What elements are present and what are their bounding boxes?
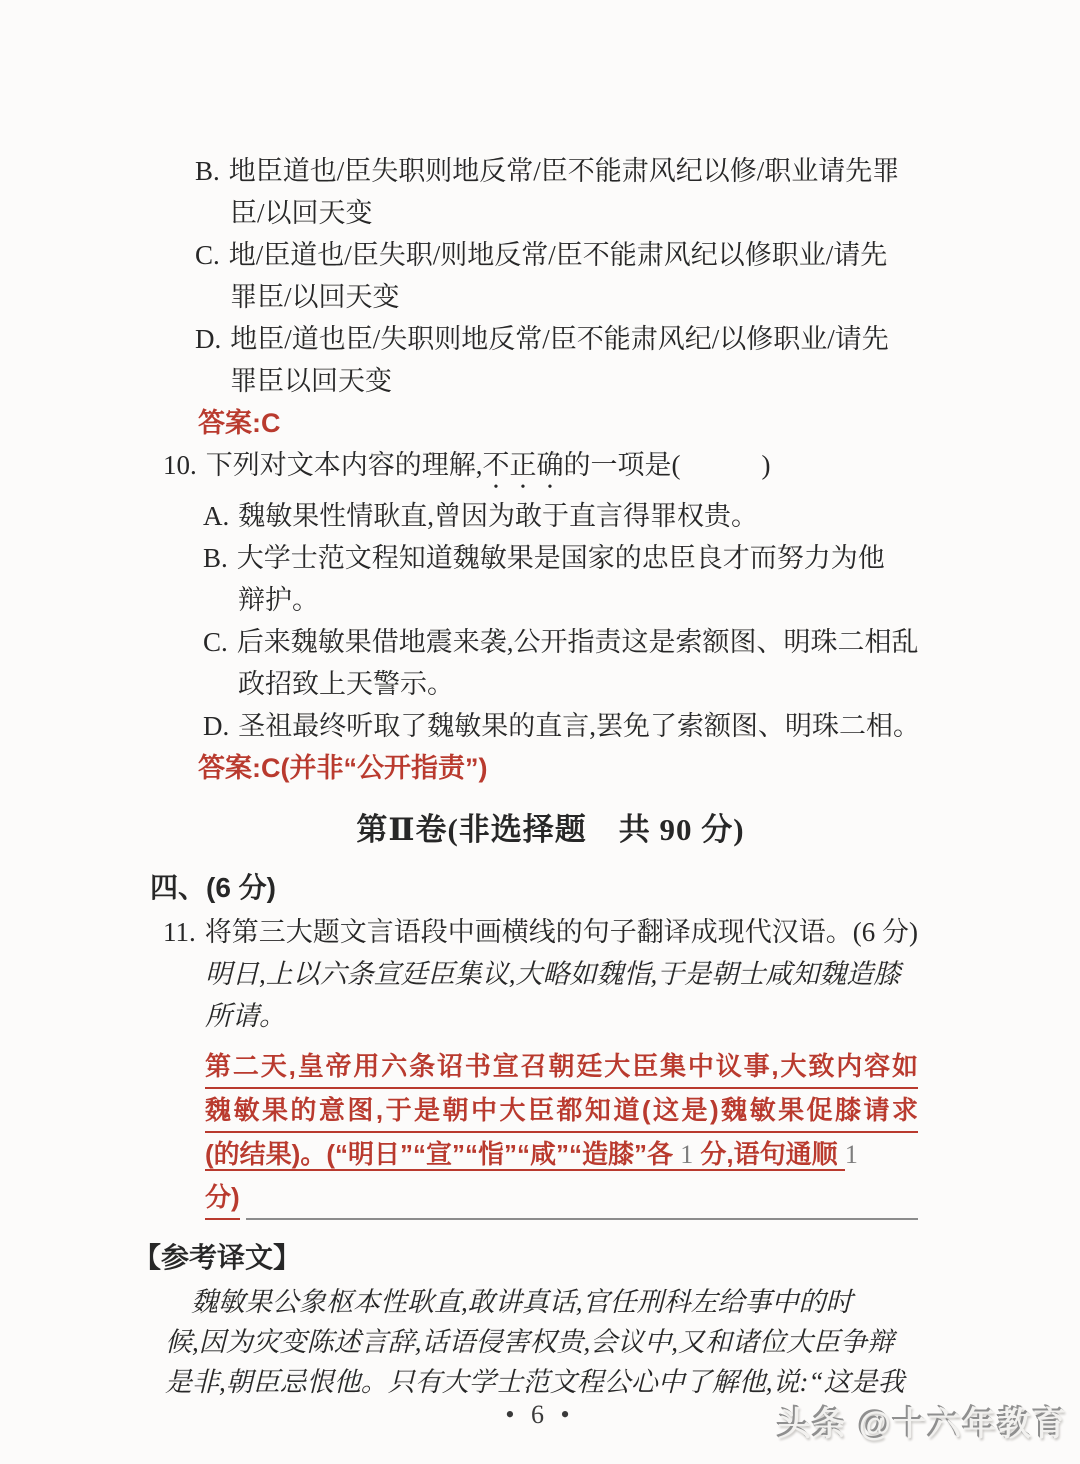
option-label: C. — [203, 627, 228, 657]
option-line: 臣/以回天变 — [195, 192, 968, 234]
stem-text: 将第三大题文言语段中画横线的句子翻译成现代汉语。(6 分) — [205, 917, 918, 947]
option-text: 地臣/道也臣/失职则地反常/臣不能肃风纪/以修职业/请先 — [230, 324, 889, 354]
translation-line: 候,因为灾变陈述言辞,话语侵害权贵,会议中,又和诸位大臣争辩 — [165, 1322, 960, 1362]
reference-translation-body: 魏敏果公象枢本性耿直,敢讲真话,官任刑科左给事中的时 候,因为灾变陈述言辞,话语… — [165, 1282, 960, 1402]
q10-stem: 10.下列对文本内容的理解,不正确的一项是( ) — [163, 444, 968, 495]
q9-option-d: D.地臣/道也臣/失职则地反常/臣不能肃风纪/以修职业/请先 罪臣以回天变 — [195, 318, 968, 402]
stem-text: 的一项是( ) — [564, 450, 771, 480]
q10-answer: 答案:C(并非“公开指责”) — [198, 747, 968, 789]
option-line: B.地臣道也/臣失职则地反常/臣不能肃风纪以修/职业请先罪 — [195, 150, 968, 192]
option-label: B. — [203, 543, 228, 573]
option-line: 辩护。 — [203, 579, 968, 621]
exam-answer-page: B.地臣道也/臣失职则地反常/臣不能肃风纪以修/职业请先罪 臣/以回天变 C.地… — [0, 0, 1080, 1464]
score-digit: 1 — [845, 1140, 858, 1169]
answer-text: 分,语句通顺 — [693, 1139, 845, 1169]
option-text: 圣祖最终听取了魏敏果的直言,罢免了索额图、明珠二相。 — [238, 711, 920, 741]
option-label: A. — [203, 501, 229, 531]
page-content: B.地臣道也/臣失职则地反常/臣不能肃风纪以修/职业请先罪 臣/以回天变 C.地… — [133, 150, 968, 1402]
q11-answer-block: 第二天,皇帝用六条诏书宣召朝廷大臣集中议事,大致内容如 魏敏果的意图,于是朝中大… — [205, 1045, 918, 1220]
question-number: 10. — [163, 450, 197, 480]
source-quote-line: 明日,上以六条宣廷臣集议,大略如魏恉,于是朝士咸知魏造膝 — [205, 953, 968, 995]
answer-scoring-note: (的结果)。(“明日”“宣”“恉”“咸”“造膝”各 1 分,语句通顺 — [205, 1139, 845, 1171]
answer-text: 分) — [205, 1176, 240, 1220]
q10-option-a: A.魏敏果性情耿直,曾因为敢于直言得罪权贵。 — [203, 495, 968, 537]
part-4-label: 四、(6 分) — [150, 865, 968, 911]
option-label: B. — [195, 156, 220, 186]
option-line: 政招致上天警示。 — [203, 663, 968, 705]
translation-line: 是非,朝臣忌恨他。只有大学士范文程公心中了解他,说:“这是我 — [165, 1362, 960, 1402]
option-line: B.大学士范文程知道魏敏果是国家的忠臣良才而努力为他 — [203, 537, 968, 579]
option-line: 罪臣/以回天变 — [195, 276, 968, 318]
option-label: D. — [203, 711, 229, 741]
option-line: A.魏敏果性情耿直,曾因为敢于直言得罪权贵。 — [203, 495, 968, 537]
option-text: 后来魏敏果借地震来袭,公开指责这是索额图、明珠二相乱 — [237, 627, 919, 657]
q10-option-d: D.圣祖最终听取了魏敏果的直言,罢免了索额图、明珠二相。 — [203, 705, 968, 747]
option-line: D.圣祖最终听取了魏敏果的直言,罢免了索额图、明珠二相。 — [203, 705, 968, 747]
source-quote-line: 所请。 — [205, 995, 968, 1037]
question-number: 11. — [163, 917, 196, 947]
answer-underlined-line: 魏敏果的意图,于是朝中大臣都知道(这是)魏敏果促膝请求 — [205, 1089, 918, 1133]
watermark: 头条 @十六年教育 — [778, 1398, 1068, 1445]
q9-answer: 答案:C — [198, 402, 968, 444]
option-line: D.地臣/道也臣/失职则地反常/臣不能肃风纪/以修职业/请先 — [195, 318, 968, 360]
option-text: 地臣道也/臣失职则地反常/臣不能肃风纪以修/职业请先罪 — [229, 156, 900, 186]
option-line: C.后来魏敏果借地震来袭,公开指责这是索额图、明珠二相乱 — [203, 621, 968, 663]
q11-source-quote: 明日,上以六条宣廷臣集议,大略如魏恉,于是朝士咸知魏造膝 所请。 — [205, 953, 968, 1037]
reference-translation-heading: 【参考译文】 — [133, 1234, 968, 1282]
q10-option-c: C.后来魏敏果借地震来袭,公开指责这是索额图、明珠二相乱 政招致上天警示。 — [203, 621, 968, 705]
stem-text: 下列对文本内容的理解, — [206, 450, 483, 480]
section-2-heading: 第Ⅱ卷(非选择题 共 90 分) — [133, 805, 968, 855]
score-digit: 1 — [680, 1140, 693, 1169]
option-label: D. — [195, 324, 221, 354]
answer-text: (的结果)。(“明日”“宣”“恉”“咸”“造膝”各 — [205, 1139, 680, 1169]
answer-last-line: 分) — [205, 1176, 918, 1220]
translation-line: 魏敏果公象枢本性耿直,敢讲真话,官任刑科左给事中的时 — [165, 1282, 960, 1322]
option-text: 地/臣道也/臣失职/则地反常/臣不能肃风纪以修职业/请先 — [229, 240, 888, 270]
q10-option-b: B.大学士范文程知道魏敏果是国家的忠臣良才而努力为他 辩护。 — [203, 537, 968, 621]
answer-underlined-line: (的结果)。(“明日”“宣”“恉”“咸”“造膝”各 1 分,语句通顺 1 — [205, 1133, 918, 1176]
stem-emphasized-text: 不正确 — [483, 450, 564, 480]
option-line: C.地/臣道也/臣失职/则地反常/臣不能肃风纪以修职业/请先 — [195, 234, 968, 276]
answer-blank-rule — [246, 1178, 918, 1220]
q11-stem: 11.将第三大题文言语段中画横线的句子翻译成现代汉语。(6 分) — [163, 911, 968, 953]
q9-option-c: C.地/臣道也/臣失职/则地反常/臣不能肃风纪以修职业/请先 罪臣/以回天变 — [195, 234, 968, 318]
answer-underlined-line: 第二天,皇帝用六条诏书宣召朝廷大臣集中议事,大致内容如 — [205, 1045, 918, 1089]
option-text: 魏敏果性情耿直,曾因为敢于直言得罪权贵。 — [238, 501, 758, 531]
q9-option-b: B.地臣道也/臣失职则地反常/臣不能肃风纪以修/职业请先罪 臣/以回天变 — [195, 150, 968, 234]
option-line: 罪臣以回天变 — [195, 360, 968, 402]
option-label: C. — [195, 240, 220, 270]
option-text: 大学士范文程知道魏敏果是国家的忠臣良才而努力为他 — [237, 543, 885, 573]
